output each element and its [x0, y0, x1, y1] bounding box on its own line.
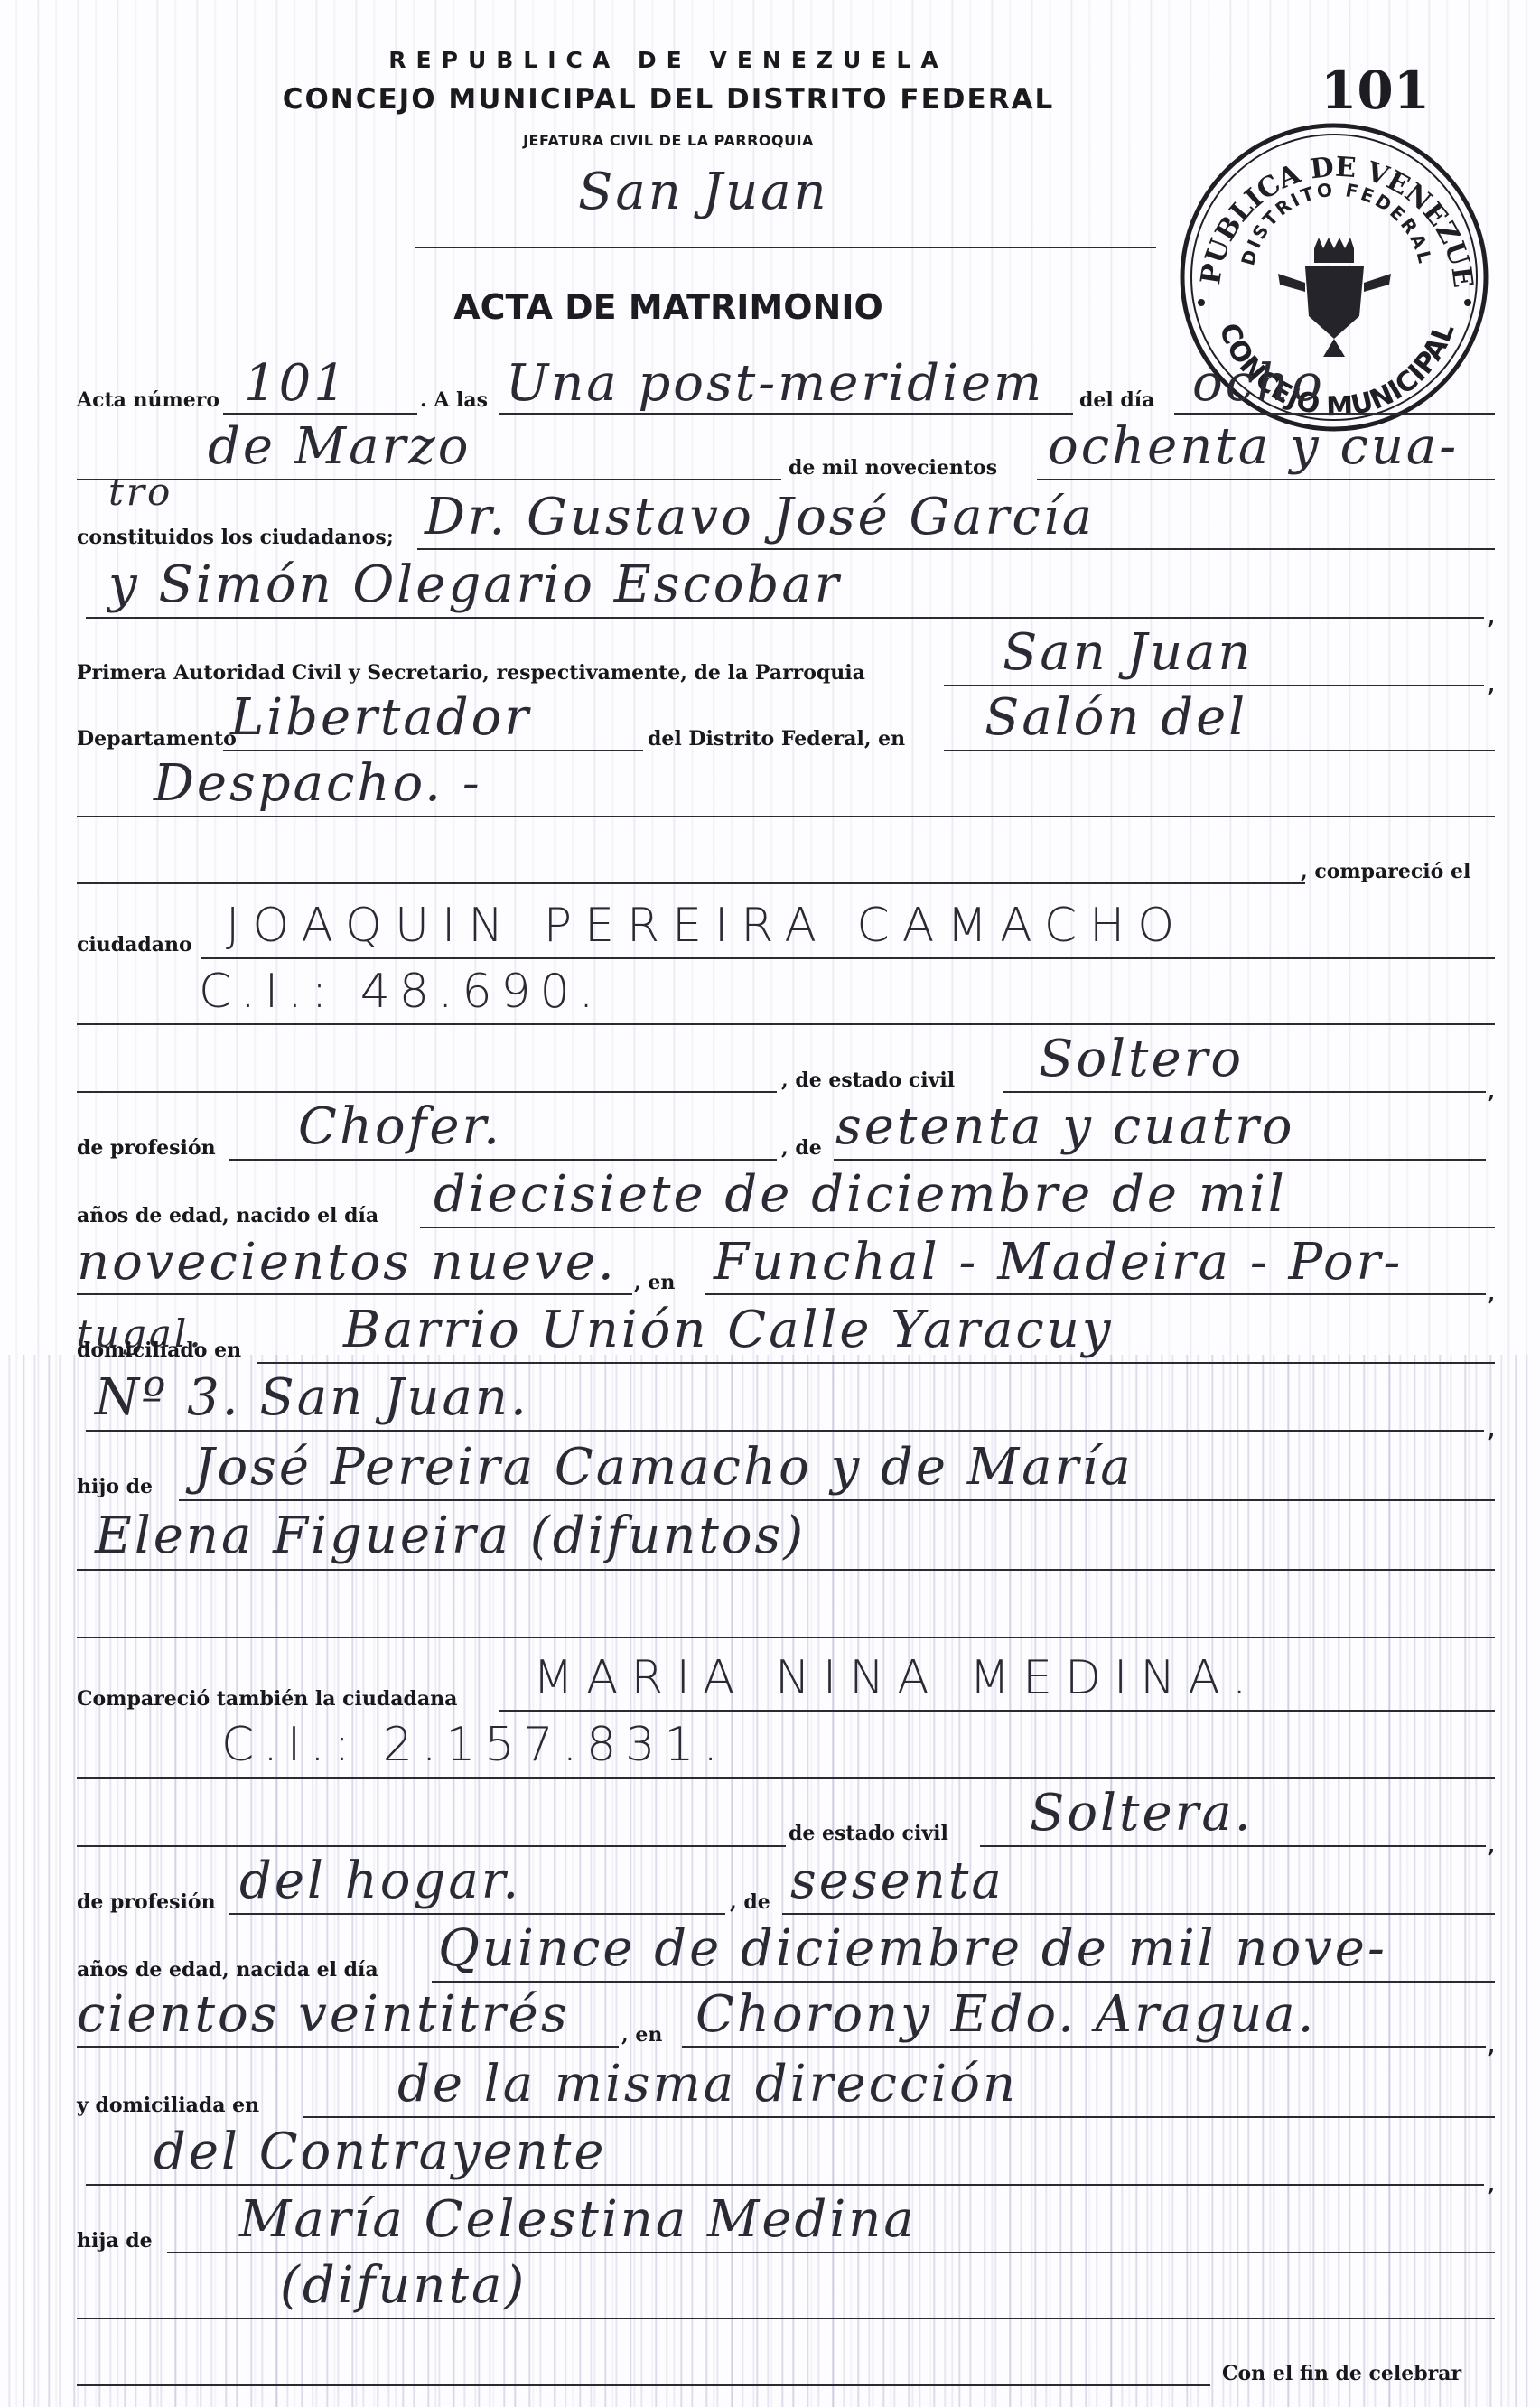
departamento-value[interactable]: Libertador [230, 688, 531, 747]
label-de: , de [781, 1136, 822, 1160]
label-a-las: . A las [420, 388, 488, 412]
parroquia-line [944, 685, 1484, 686]
lugar-line-2 [77, 816, 1495, 817]
novio-estado-civil-value[interactable]: Soltero [1039, 1030, 1244, 1088]
parish-handwritten: San Juan [578, 163, 829, 221]
novio-padres-value-1[interactable]: José Pereira Camacho y de María [194, 1438, 1134, 1497]
novia-ci-line [77, 1777, 1495, 1779]
label-del-distrito: del Distrito Federal, en [648, 727, 905, 751]
stamp-top-text: REPUBLICA DE VENEZUELA [1179, 122, 1479, 289]
comma: , [1488, 1832, 1495, 1858]
label-profesion: de profesión [77, 1136, 216, 1160]
parish-underline [415, 247, 1156, 248]
label-con-el-fin: Con el fin de celebrar [1222, 2362, 1461, 2385]
ciudadanos-value-2[interactable]: y Simón Olegario Escobar [108, 555, 841, 614]
anio-line [1037, 479, 1495, 480]
novio-nacimiento-value-2[interactable]: novecientos nueve. [77, 1233, 617, 1292]
novia-domicilio-line-2 [86, 2184, 1484, 2186]
label-estado-civil-2: de estado civil [789, 1822, 948, 1845]
republic-heading: REPUBLICA DE VENEZUELA [0, 47, 1337, 73]
hora-line [499, 413, 1073, 415]
novio-ci-value[interactable]: C.I.: 48.690. [199, 965, 602, 1019]
comma: , [1488, 1078, 1495, 1104]
hora-value[interactable]: Una post-meridiem [506, 354, 1044, 413]
label-anos-nacida: años de edad, nacida el día [77, 1958, 378, 1982]
dia-value[interactable]: ocho [1192, 354, 1325, 413]
comma: , [1488, 1416, 1495, 1442]
novia-madre-value-1[interactable]: María Celestina Medina [239, 2190, 917, 2249]
anio-continuation[interactable]: tro [108, 470, 173, 514]
label-del-dia: del día [1079, 388, 1154, 412]
label-hija-de: hija de [77, 2229, 153, 2253]
novio-nombre-line [201, 957, 1495, 959]
document-number: 101 [1321, 60, 1430, 121]
novia-lugar-nac-line [682, 2046, 1486, 2048]
label-de-2: , de [730, 1890, 770, 1914]
novia-nombre-line [499, 1710, 1495, 1712]
parroquia-value[interactable]: San Juan [1003, 623, 1254, 682]
novia-nacimiento-value-2[interactable]: cientos veintitrés [77, 1985, 570, 2044]
label-profesion-2: de profesión [77, 1890, 216, 1914]
novio-edad-value[interactable]: setenta y cuatro [835, 1097, 1295, 1156]
novio-padres-line-2 [77, 1569, 1495, 1571]
novio-profesion-line [229, 1159, 777, 1161]
novia-edad-value[interactable]: sesenta [790, 1852, 1004, 1910]
novio-nacimiento-line-2 [77, 1293, 632, 1295]
label-departamento: Departamento [77, 727, 237, 751]
label-y-domiciliada: y domiciliada en [77, 2094, 259, 2117]
label-estado-civil: , de estado civil [781, 1068, 955, 1092]
novio-nombre-value[interactable]: JOAQUIN PEREIRA CAMACHO [226, 899, 1187, 953]
council-heading: CONCEJO MUNICIPAL DEL DISTRITO FEDERAL [0, 83, 1337, 116]
novia-extra-line [77, 1845, 786, 1847]
comma: , [1488, 2032, 1495, 2058]
novio-domicilio-value-1[interactable]: Barrio Unión Calle Yaracuy [343, 1301, 1113, 1359]
novia-madre-value-2[interactable]: (difunta) [280, 2256, 527, 2315]
novia-madre-line-1 [167, 2252, 1495, 2253]
novia-nacimiento-value-1[interactable]: Quince de diciembre de mil nove- [438, 1919, 1387, 1978]
label-en: , en [634, 1271, 675, 1294]
office-heading: JEFATURA CIVIL DE LA PARROQUIA [0, 132, 1337, 149]
label-en-2: , en [621, 2023, 662, 2047]
novia-profesion-line [229, 1913, 725, 1915]
label-ciudadano: ciudadano [77, 933, 192, 956]
novia-nacimiento-line-1 [432, 1981, 1495, 1983]
page-title: ACTA DE MATRIMONIO [0, 287, 1337, 327]
lugar-line-1 [944, 750, 1495, 751]
novio-lugar-nac-line [705, 1293, 1486, 1295]
comma: , [1488, 603, 1495, 630]
novia-edad-line [782, 1913, 1495, 1915]
novio-padres-line-3 [77, 1637, 1495, 1638]
novio-padres-line-1 [179, 1499, 1495, 1501]
coat-of-arms-icon [1278, 238, 1391, 357]
final-line [77, 2384, 1210, 2386]
novio-padres-value-2[interactable]: Elena Figueira (difuntos) [95, 1507, 806, 1565]
anio-value[interactable]: ochenta y cua- [1048, 417, 1459, 476]
novio-nacimiento-value-1[interactable]: diecisiete de diciembre de mil [434, 1165, 1287, 1224]
novia-madre-line-2 [77, 2318, 1495, 2319]
mes-value[interactable]: de Marzo [208, 417, 471, 476]
novio-extra-line [77, 1091, 777, 1093]
novia-domicilio-value-1[interactable]: de la misma dirección [397, 2055, 1018, 2113]
label-acta-numero: Acta número [77, 388, 219, 412]
novia-nombre-value[interactable]: MARIA NINA MEDINA. [533, 1651, 1259, 1705]
svg-text:REPUBLICA DE VENEZUELA: REPUBLICA DE VENEZUELA [1179, 122, 1479, 289]
departamento-line [223, 750, 643, 751]
lugar-line-3 [77, 882, 1305, 884]
label-primera-autoridad: Primera Autoridad Civil y Secretario, re… [77, 661, 865, 685]
acta-numero-value[interactable]: 101 [244, 354, 349, 413]
novio-lugar-nac-value[interactable]: Funchal - Madeira - Por- [714, 1233, 1403, 1292]
label-hijo-de: hijo de [77, 1475, 153, 1498]
ciudadanos-line-2 [86, 617, 1484, 619]
acta-numero-line [223, 413, 417, 415]
dia-line [1174, 413, 1495, 415]
label-comparecio-el: , compareció el [1301, 860, 1470, 883]
novio-ci-line [77, 1023, 1495, 1025]
mes-line [77, 479, 781, 480]
lugar-value-2[interactable]: Despacho. - [154, 754, 482, 813]
comma: , [1488, 2170, 1495, 2197]
comma: , [1488, 1280, 1495, 1306]
ciudadanos-value-1[interactable]: Dr. Gustavo José García [425, 488, 1095, 546]
novia-domicilio-value-2[interactable]: del Contrayente [154, 2122, 606, 2181]
label-constituidos: constituidos los ciudadanos; [77, 526, 394, 549]
novio-domicilio-value-2[interactable]: Nº 3. San Juan. [95, 1368, 529, 1427]
comma: , [1488, 671, 1495, 697]
novia-ci-value[interactable]: C.I.: 2.157.831. [221, 1718, 727, 1772]
novio-domicilio-line-1 [257, 1362, 1495, 1364]
label-de-mil-novecientos: de mil novecientos [789, 456, 997, 480]
label-comparecio-tambien: Compareció también la ciudadana [77, 1687, 457, 1711]
novio-edad-line [834, 1159, 1486, 1161]
novia-domicilio-line-1 [303, 2116, 1495, 2118]
novia-lugar-nac-value[interactable]: Chorony Edo. Aragua. [695, 1985, 1316, 2044]
label-anos-nacido: años de edad, nacido el día [77, 1204, 378, 1227]
novia-estado-civil-value[interactable]: Soltera. [1030, 1784, 1254, 1843]
novio-domicilio-line-2 [86, 1430, 1484, 1432]
novio-profesion-value[interactable]: Chofer. [298, 1097, 502, 1156]
ciudadanos-line-1 [417, 548, 1495, 550]
novio-nacimiento-line-1 [420, 1227, 1495, 1228]
novia-estado-civil-line [980, 1845, 1486, 1847]
novia-profesion-value[interactable]: del hogar. [239, 1852, 521, 1910]
novia-nacimiento-line-2 [77, 2046, 619, 2048]
label-domiciliado: domiciliado en [77, 1339, 241, 1362]
novio-estado-civil-line [1003, 1091, 1486, 1093]
lugar-value-1[interactable]: Salón del [985, 688, 1247, 747]
